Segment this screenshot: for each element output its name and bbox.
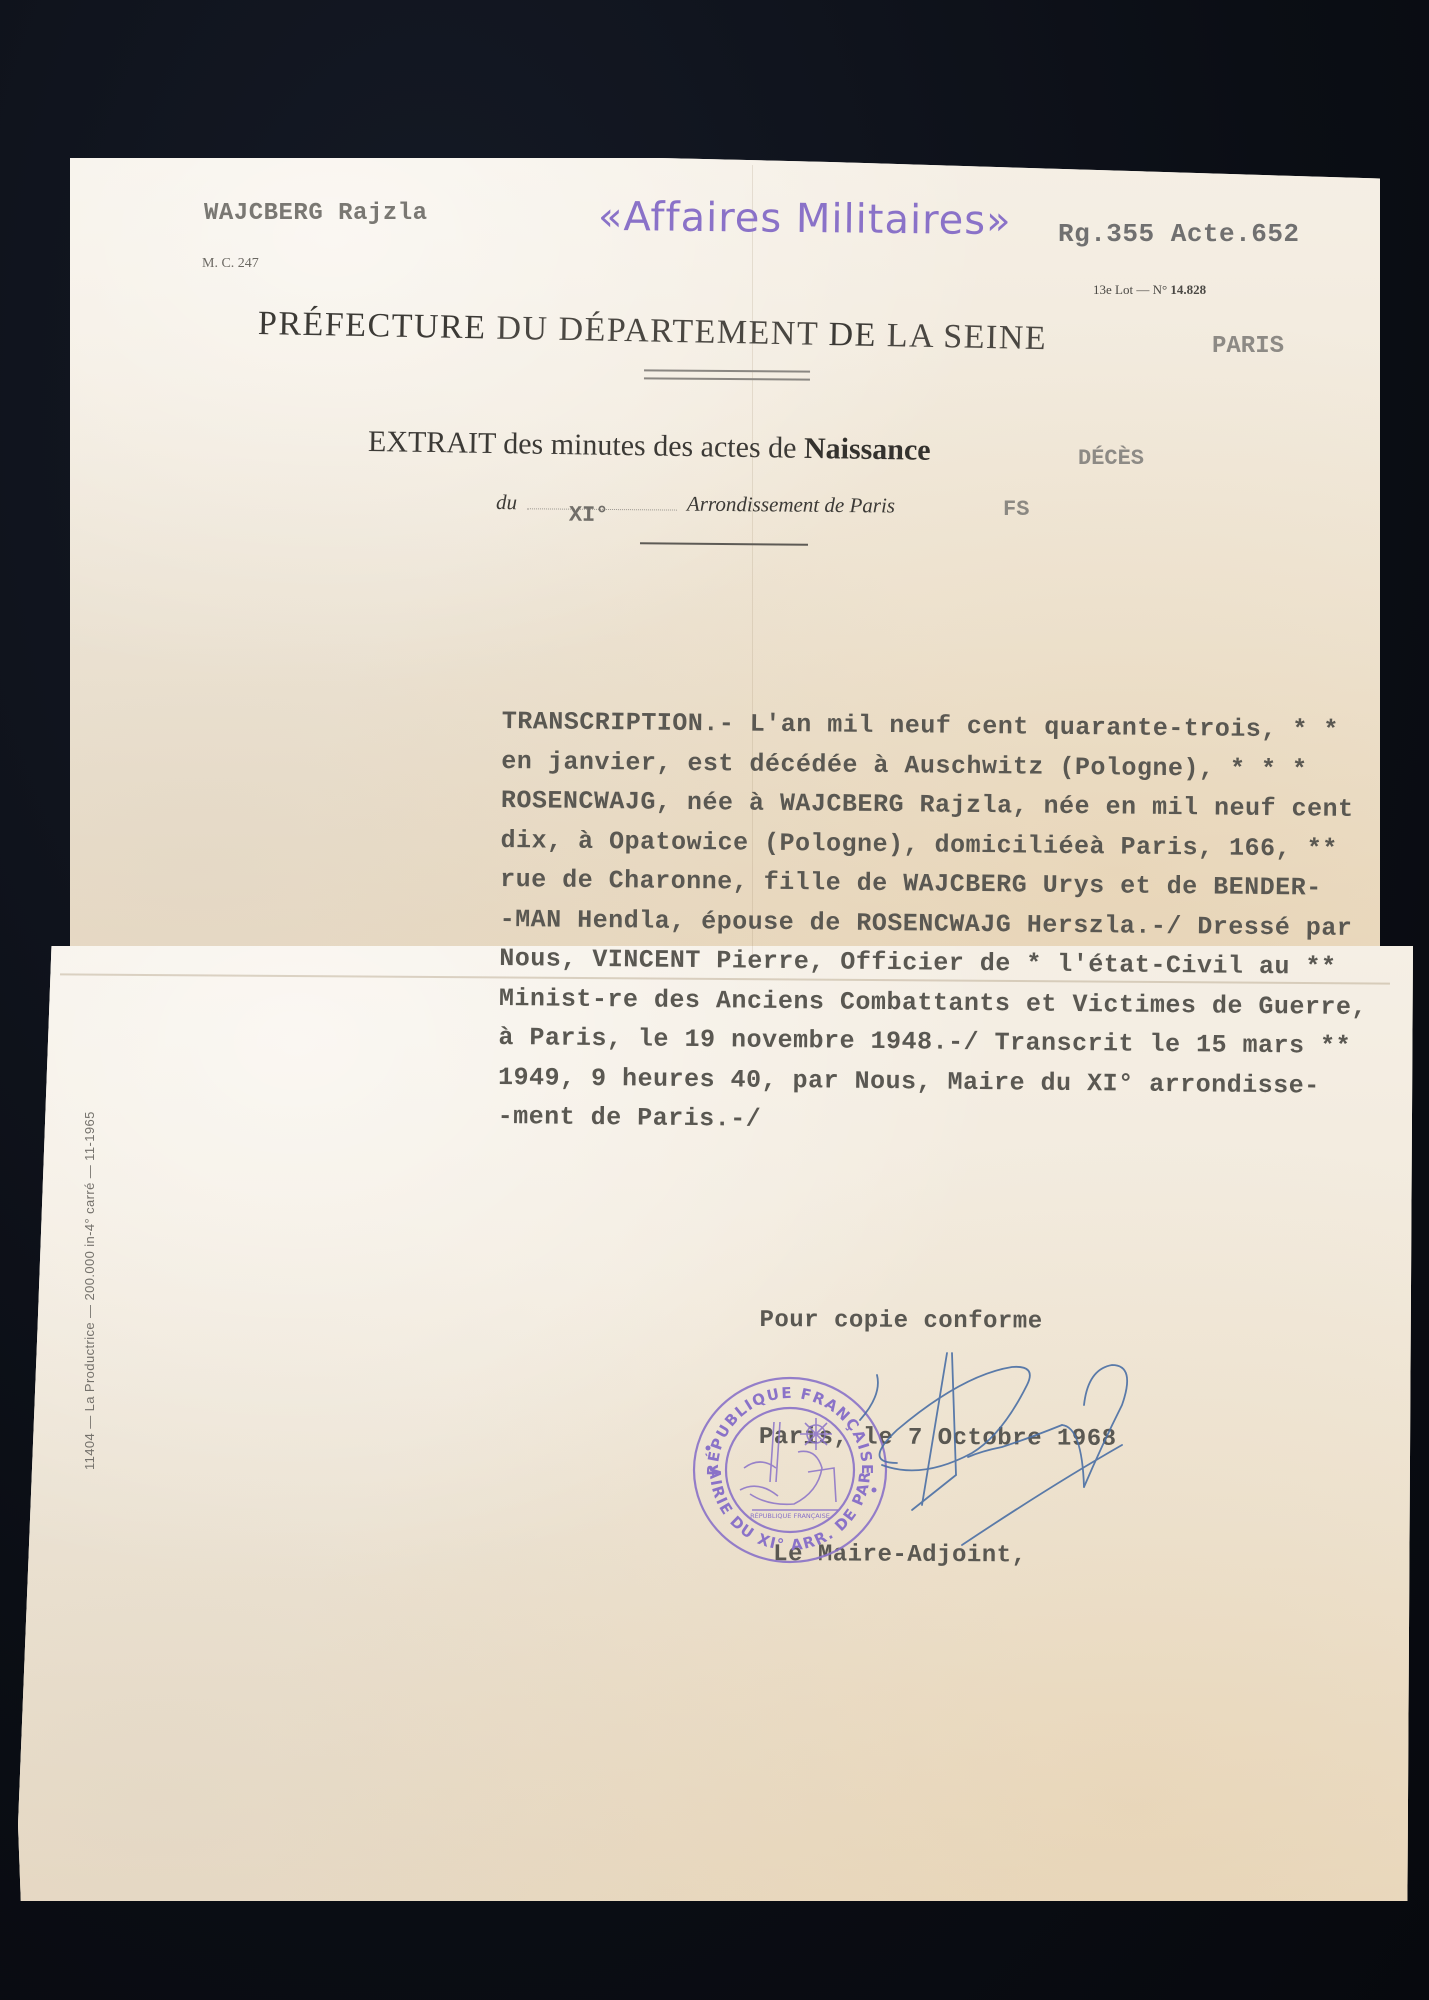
register-reference: Rg.355 Acte.652 bbox=[1058, 219, 1300, 249]
affaires-militaires-stamp: «Affaires Militaires» bbox=[598, 194, 1012, 244]
arrondissement-suffix: Arrondissement de Paris bbox=[687, 492, 895, 518]
extrait-deces-overtype: DÉCÈS bbox=[1078, 446, 1144, 471]
printer-imprint: 11404 — La Productrice — 200.000 in-4° c… bbox=[82, 1111, 97, 1470]
lot-number: 14.828 bbox=[1170, 282, 1206, 297]
arrondissement-line: duXI°Arrondissement de Paris bbox=[496, 490, 895, 518]
document-photo: WAJCBERG Rajzla M. C. 247 «Affaires Mili… bbox=[0, 0, 1429, 2000]
du-label: du bbox=[496, 490, 517, 514]
prefecture-prefix: PRÉFECTURE bbox=[258, 305, 497, 347]
prefecture-mid: DE bbox=[818, 316, 887, 354]
lot-label: 13e Lot — N° bbox=[1093, 282, 1167, 297]
arrondissement-field: XI° bbox=[527, 508, 677, 510]
extrait-prefix: EXTRAIT des minutes des actes de bbox=[368, 425, 804, 465]
certification-line-copy: Pour copie conforme bbox=[759, 1301, 1117, 1342]
title-double-rule bbox=[644, 369, 810, 380]
arrondissement-code: FS bbox=[1003, 497, 1029, 522]
prefecture-paris-overtype: PARIS bbox=[1212, 333, 1284, 360]
signature-icon bbox=[852, 1345, 1142, 1550]
typed-name-header: WAJCBERG Rajzla bbox=[204, 200, 428, 227]
form-code: M. C. 247 bbox=[202, 256, 259, 272]
seal-inner-banner: RÉPUBLIQUE FRANÇAISE bbox=[750, 1511, 830, 1520]
arrondissement-value: XI° bbox=[569, 503, 609, 528]
lot-reference: 13e Lot — N° 14.828 bbox=[1093, 282, 1206, 298]
prefecture-seine: LA SEINE bbox=[887, 317, 1048, 357]
transcription-body: TRANSCRIPTION.- L'an mil neuf cent quara… bbox=[497, 702, 1370, 1146]
extrait-act-type: Naissance bbox=[804, 432, 931, 467]
prefecture-department: DU DÉPARTEMENT bbox=[496, 310, 819, 353]
